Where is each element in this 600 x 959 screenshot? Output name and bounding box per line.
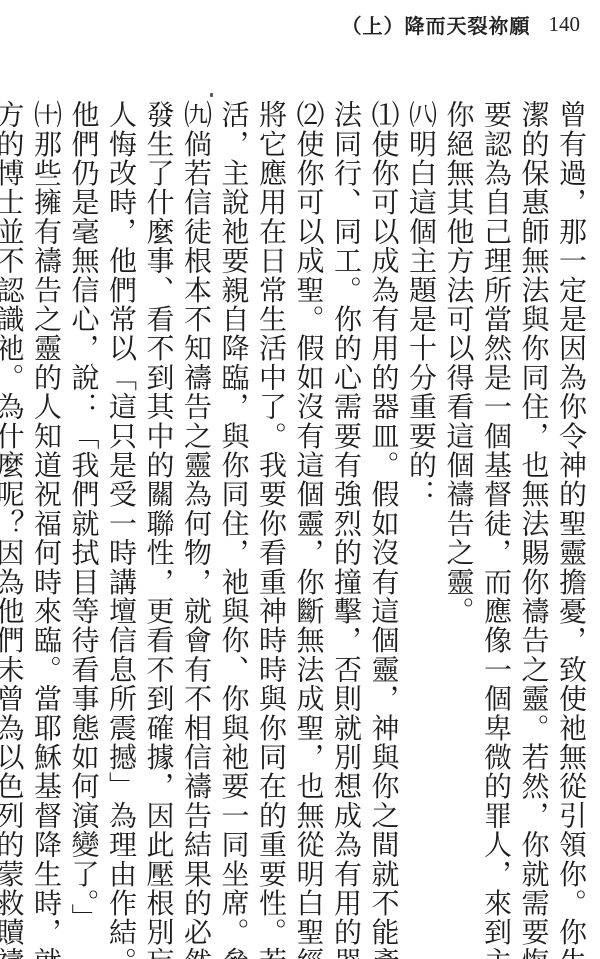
scan-speck <box>210 93 213 97</box>
text-column-5: ㈧明白這個主題是十分重要的： <box>403 100 441 930</box>
text-column-6: ⑴使你可以成為有用的器皿。假如沒有這個靈，神與你之間就不能產生同感共鳴，也無 <box>365 100 403 930</box>
page-header: （上）降而天裂祢願 140 <box>342 10 581 38</box>
running-title: （上）降而天裂祢願 <box>342 10 531 39</box>
text-column-4: 你絕無其他方法可以得看這個禱告之靈。 <box>440 100 478 930</box>
vertical-body-text: 曾有過，那一定是因為你令神的聖靈擔憂，致使祂無從引領你。你生活言行的方式使這位聖… <box>0 100 590 930</box>
text-column-9: 將它應用在日常生活中了。我要你看重神時時與你同在的重要性。若你按正確的方式過生 <box>253 100 291 930</box>
text-column-10: 活，主說祂要親自降臨，與你同住，祂與你、你與祂要一同坐席。參啟三20。 <box>215 100 253 930</box>
text-column-3: 要認為自己理所當然是一個基督徒，而應像一個卑微的罪人，來到主面前傾心吐意。否則， <box>478 100 516 930</box>
text-column-13: 人悔改時，他們常以「這只是受一時講壇信息所震撼」為理由作結。而一旦這些人得救了， <box>103 100 141 930</box>
page-number: 140 <box>549 12 581 37</box>
text-column-7: 法同行、同工。你的心需要有強烈的撞擊，否則就別想成為有用的器皿。 <box>328 100 366 930</box>
text-column-14: 他們仍是毫無信心，說：「我們就拭目等待看事態如何演變了。」 <box>65 100 103 930</box>
text-column-15: ㈩那些擁有禱告之靈的人知道祝福何時來臨。當耶穌基督降生時，就是這樣的。那些東 <box>28 100 66 930</box>
text-column-16: 方的博士並不認識祂。為什麼呢？因為他們未曾為以色列的蒙救贖禱告過。而西面和亞拿卻 <box>0 100 28 930</box>
text-column-1: 曾有過，那一定是因為你令神的聖靈擔憂，致使祂無從引領你。你生活言行的方式使這位聖 <box>553 100 591 930</box>
text-column-12: 發生了什麼事、看不到其中的關聯性，更看不到確據，因此壓根別妄想有屬靈的祝福。當罪 <box>140 100 178 930</box>
text-column-8: ⑵使你可以成聖。假如沒有這個靈，你斷無法成聖，也無從明白聖經，當然更不知道要 <box>290 100 328 930</box>
text-column-2: 潔的保惠師無法與你同住，也無法賜你禱告之靈。若然，你就需要悔改，此乃當務之急。不 <box>515 100 553 930</box>
text-column-11: ㈨倘若信徒根本不知禱告之靈為何物，就會有不相信禱告結果的必然傾向。他們看不到 <box>178 100 216 930</box>
